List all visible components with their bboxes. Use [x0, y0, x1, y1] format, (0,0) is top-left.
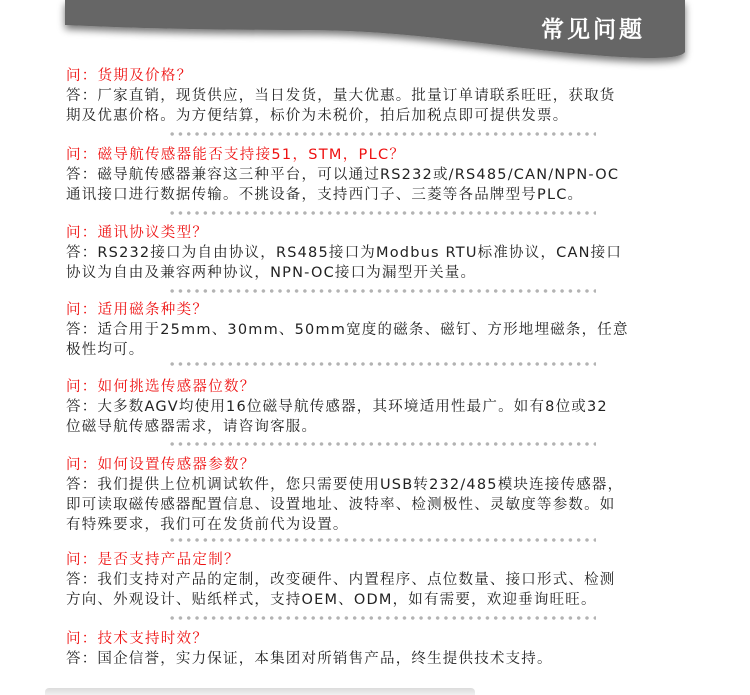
answer-line: 通讯接口进行数据传输。不挑设备，支持西门子、三菱等各品牌型号PLC。 — [66, 185, 706, 205]
faq-question: 问：货期及价格？ — [66, 66, 706, 86]
answer-line: 有特殊要求，我们可在发货前代为设置。 — [66, 515, 706, 535]
faq-item: 问：如何设置传感器参数？ 答：我们提供上位机调试软件，您只需要使用USB转232… — [66, 455, 706, 535]
faq-question: 问：如何挑选传感器位数？ — [66, 377, 706, 397]
dotted-separator — [168, 362, 596, 366]
faq-item: 问：技术支持时效？ 答：国企信誉，实力保证，本集团对所销售产品，终生提供技术支持… — [66, 629, 706, 669]
faq-answer: 答：厂家直销，现货供应，当日发货，量大优惠。批量订单请联系旺旺，获取货 期及优惠… — [66, 86, 706, 126]
faq-answer: 答：我们支持对产品的定制，改变硬件、内置程序、点位数量、接口形式、检测 方向、外… — [66, 570, 706, 610]
faq-answer: 答：RS232接口为自由协议，RS485接口为Modbus RTU标准协议，CA… — [66, 243, 706, 283]
faq-item: 问：如何挑选传感器位数？ 答：大多数AGV均使用16位磁导航传感器，其环境适用性… — [66, 377, 706, 437]
faq-answer: 答：大多数AGV均使用16位磁导航传感器，其环境适用性最广。如有8位或32 位磁… — [66, 397, 706, 437]
answer-line: 协议为自由及兼容两种协议，NPN-OC接口为漏型开关量。 — [66, 263, 706, 283]
answer-line: 位磁导航传感器需求，请咨询客服。 — [66, 417, 706, 437]
faq-answer: 答：适合用于25mm、30mm、50mm宽度的磁条、磁钉、方形地埋磁条，任意 极… — [66, 320, 706, 360]
answer-line: 答：我们提供上位机调试软件，您只需要使用USB转232/485模块连接传感器， — [66, 475, 706, 495]
dotted-separator — [168, 616, 596, 620]
page-title: 常见问题 — [541, 11, 645, 44]
dotted-separator — [168, 211, 596, 215]
faq-question: 问：通讯协议类型？ — [66, 223, 706, 243]
faq-item: 问：是否支持产品定制？ 答：我们支持对产品的定制，改变硬件、内置程序、点位数量、… — [66, 550, 706, 610]
faq-question: 问：适用磁条种类？ — [66, 300, 706, 320]
faq-question: 问：如何设置传感器参数？ — [66, 455, 706, 475]
faq-answer: 答：我们提供上位机调试软件，您只需要使用USB转232/485模块连接传感器， … — [66, 475, 706, 535]
dotted-separator — [168, 132, 596, 136]
answer-line: 即可读取磁传感器配置信息、设置地址、波特率、检测极性、灵敏度等参数。如 — [66, 495, 706, 515]
faq-question: 问：磁导航传感器能否支持接51，STM，PLC？ — [66, 145, 706, 165]
answer-line: 极性均可。 — [66, 340, 706, 360]
answer-line: 答：国企信誉，实力保证，本集团对所销售产品，终生提供技术支持。 — [66, 649, 706, 669]
faq-item: 问：通讯协议类型？ 答：RS232接口为自由协议，RS485接口为Modbus … — [66, 223, 706, 283]
answer-line: 期及优惠价格。为方便结算，标价为未税价，拍后加税点即可提供发票。 — [66, 106, 706, 126]
faq-question: 问：技术支持时效？ — [66, 629, 706, 649]
dotted-separator — [168, 538, 596, 542]
faq-question: 问：是否支持产品定制？ — [66, 550, 706, 570]
faq-item: 问：货期及价格？ 答：厂家直销，现货供应，当日发货，量大优惠。批量订单请联系旺旺… — [66, 66, 706, 126]
answer-line: 答：厂家直销，现货供应，当日发货，量大优惠。批量订单请联系旺旺，获取货 — [66, 86, 706, 106]
answer-line: 答：RS232接口为自由协议，RS485接口为Modbus RTU标准协议，CA… — [66, 243, 706, 263]
dotted-separator — [168, 289, 596, 293]
answer-line: 答：适合用于25mm、30mm、50mm宽度的磁条、磁钉、方形地埋磁条，任意 — [66, 320, 706, 340]
faq-item: 问：适用磁条种类？ 答：适合用于25mm、30mm、50mm宽度的磁条、磁钉、方… — [66, 300, 706, 360]
faq-answer: 答：磁导航传感器兼容这三种平台，可以通过RS232或/RS485/CAN/NPN… — [66, 165, 706, 205]
footer-bar — [45, 688, 475, 695]
answer-line: 方向、外观设计、贴纸样式，支持OEM、ODM，如有需要，欢迎垂询旺旺。 — [66, 590, 706, 610]
answer-line: 答：我们支持对产品的定制，改变硬件、内置程序、点位数量、接口形式、检测 — [66, 570, 706, 590]
faq-item: 问：磁导航传感器能否支持接51，STM，PLC？ 答：磁导航传感器兼容这三种平台… — [66, 145, 706, 205]
dotted-separator — [168, 442, 596, 446]
answer-line: 答：大多数AGV均使用16位磁导航传感器，其环境适用性最广。如有8位或32 — [66, 397, 706, 417]
faq-answer: 答：国企信誉，实力保证，本集团对所销售产品，终生提供技术支持。 — [66, 649, 706, 669]
answer-line: 答：磁导航传感器兼容这三种平台，可以通过RS232或/RS485/CAN/NPN… — [66, 165, 706, 185]
